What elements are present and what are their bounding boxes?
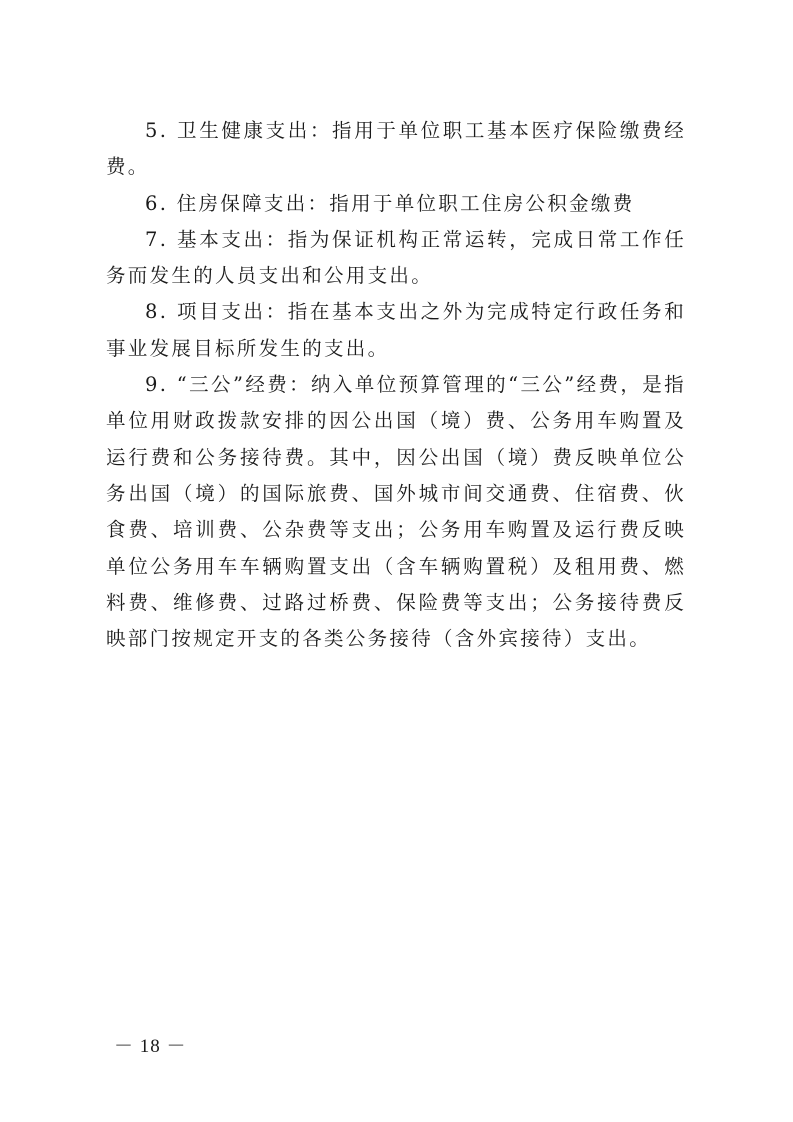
document-body: 5. 卫生健康支出：指用于单位职工基本医疗保险缴费经费。 6. 住房保障支出：指… [106, 113, 686, 657]
paragraph-project-expenditure: 8. 项目支出：指在基本支出之外为完成特定行政任务和事业发展目标所发生的支出。 [106, 294, 686, 367]
paragraph-housing-expenditure: 6. 住房保障支出：指用于单位职工住房公积金缴费 [106, 186, 686, 222]
paragraph-basic-expenditure: 7. 基本支出：指为保证机构正常运转，完成日常工作任务而发生的人员支出和公用支出… [106, 222, 686, 295]
page-number: － 18 － [114, 1031, 187, 1058]
paragraph-health-expenditure: 5. 卫生健康支出：指用于单位职工基本医疗保险缴费经费。 [106, 113, 686, 186]
paragraph-three-public-expenses: 9. “三公”经费：纳入单位预算管理的“三公”经费，是指单位用财政拨款安排的因公… [106, 367, 686, 657]
